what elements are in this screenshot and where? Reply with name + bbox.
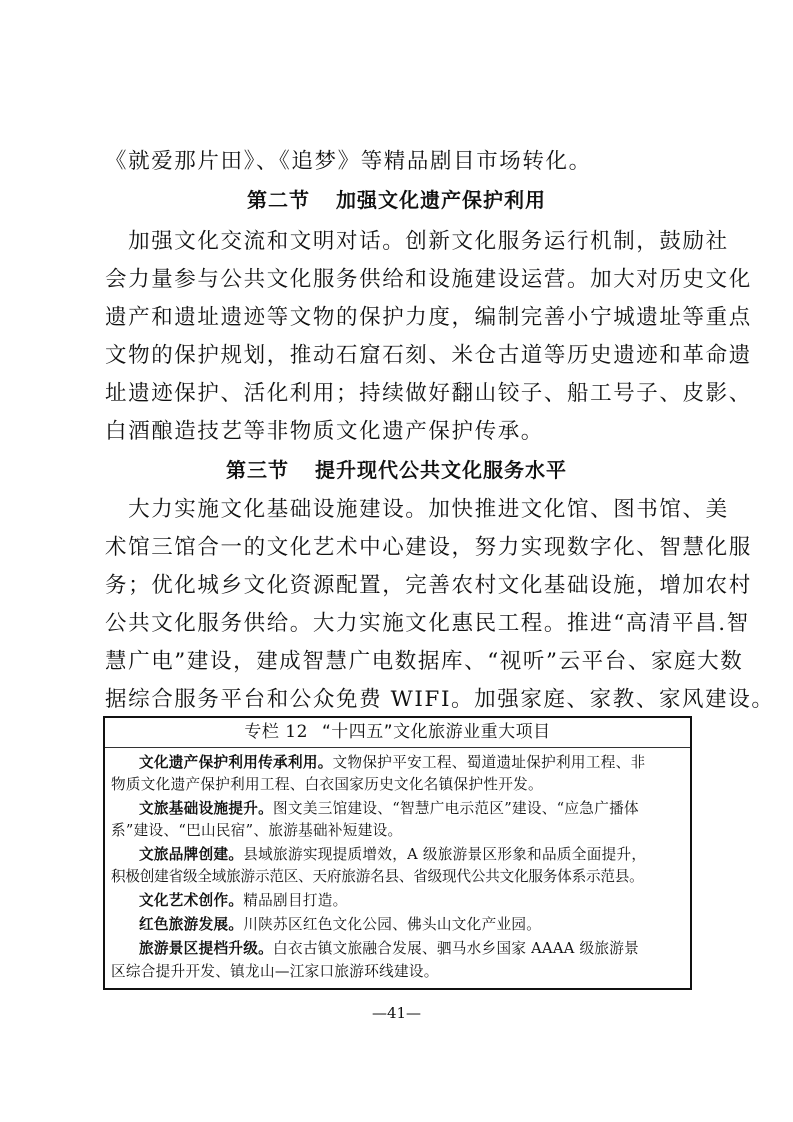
box-item-line: 物质文化遗产保护利用工程、白衣国家历史文化名镇保护性开发。 xyxy=(111,776,686,794)
section-2-line: 址遗迹保护、活化利用；持续做好翻山铰子、船工号子、皮影、 xyxy=(105,382,689,406)
section-3-line: 术馆三馆合一的文化艺术中心建设，努力实现数字化、智慧化服 xyxy=(105,536,689,560)
box-item-line: 积极创建省级全域旅游示范区、天府旅游名县、省级现代公共文化服务体系示范县。 xyxy=(111,868,686,886)
section-3-line: 公共文化服务供给。大力实施文化惠民工程。推进“高清平昌.智 xyxy=(105,612,689,636)
project-column-box: 专栏 12“十四五”文化旅游业重大项目 文化遗产保护利用传承利用。文物保护平安工… xyxy=(103,716,692,990)
box-title-text: “十四五”文化旅游业重大项目 xyxy=(322,722,551,742)
document-page: 《就爱那片田》、《追梦》等精品剧目市场转化。 第二节加强文化遗产保护利用 加强文… xyxy=(0,0,793,1122)
box-item-line: 文化遗产保护利用传承利用。文物保护平安工程、蜀道遗址保护利用工程、非 xyxy=(139,754,686,772)
section-3-line: 据综合服务平台和公众免费 WIFI。加强家庭、家教、家风建设。 xyxy=(105,688,689,712)
box-item-heading: 文旅基础设施提升。 xyxy=(139,800,273,817)
box-item-text: 图文美三馆建设、“智慧广电示范区”建设、“应急广播体 xyxy=(273,800,639,817)
box-item-text: 文物保护平安工程、蜀道遗址保护利用工程、非 xyxy=(333,754,646,771)
box-item-heading: 旅游景区提档升级。 xyxy=(139,940,273,957)
box-item-heading: 红色旅游发展。 xyxy=(139,916,243,933)
section-2-line: 加强文化交流和文明对话。创新文化服务运行机制，鼓励社 xyxy=(105,230,689,254)
box-item-text: 川陕苏区红色文化公园、佛头山文化产业园。 xyxy=(243,916,541,933)
section-2-line: 遗产和遗址遗迹等文物的保护力度，编制完善小宁城遗址等重点 xyxy=(105,306,689,330)
section-2-line: 会力量参与公共文化服务供给和设施建设运营。加大对历史文化 xyxy=(105,268,689,292)
box-item-line: 文旅基础设施提升。图文美三馆建设、“智慧广电示范区”建设、“应急广播体 xyxy=(139,800,686,818)
box-label: 专栏 12 xyxy=(244,722,308,742)
section-2-line: 文物的保护规划，推动石窟石刻、米仓古道等历史遗迹和革命遗 xyxy=(105,344,689,368)
box-item-text: 精品剧目打造。 xyxy=(243,892,347,909)
section-3-line: 务；优化城乡文化资源配置，完善农村文化基础设施，增加农村 xyxy=(105,574,689,598)
box-item-heading: 文化遗产保护利用传承利用。 xyxy=(139,754,333,771)
box-item-heading: 文旅品牌创建。 xyxy=(139,846,243,863)
section-2-line: 白酒酿造技艺等非物质文化遗产保护传承。 xyxy=(105,420,689,444)
box-item-line: 文旅品牌创建。县域旅游实现提质增效，A 级旅游景区形象和品质全面提升， xyxy=(139,846,686,864)
box-item-line: 系”建设、“巴山民宿”、旅游基础补短建设。 xyxy=(111,822,686,840)
box-title: 专栏 12“十四五”文化旅游业重大项目 xyxy=(105,718,690,748)
section-3-line: 慧广电”建设，建成智慧广电数据库、“视听”云平台、家庭大数 xyxy=(105,650,689,674)
box-item-text: 白衣古镇文旅融合发展、驷马水乡国家 AAAA 级旅游景 xyxy=(273,940,639,957)
section-2-title: 加强文化遗产保护利用 xyxy=(336,188,546,212)
page-number: —41— xyxy=(0,1004,793,1022)
section-3-heading: 第三节提升现代公共文化服务水平 xyxy=(0,458,793,482)
box-item-line: 红色旅游发展。川陕苏区红色文化公园、佛头山文化产业园。 xyxy=(139,916,686,934)
box-item-line: 区综合提升开发、镇龙山—江家口旅游环线建设。 xyxy=(111,963,686,981)
box-item-heading: 文化艺术创作。 xyxy=(139,892,243,909)
box-item-line: 文化艺术创作。精品剧目打造。 xyxy=(139,892,686,910)
box-item-text: 县域旅游实现提质增效，A 级旅游景区形象和品质全面提升， xyxy=(243,846,646,863)
section-3-title: 提升现代公共文化服务水平 xyxy=(315,458,567,482)
section-2-number: 第二节 xyxy=(247,188,310,212)
section-3-line: 大力实施文化基础设施建设。加快推进文化馆、图书馆、美 xyxy=(105,498,689,522)
intro-paragraph-line: 《就爱那片田》、《追梦》等精品剧目市场转化。 xyxy=(105,150,689,174)
section-3-number: 第三节 xyxy=(226,458,289,482)
box-item-line: 旅游景区提档升级。白衣古镇文旅融合发展、驷马水乡国家 AAAA 级旅游景 xyxy=(139,940,686,958)
section-2-heading: 第二节加强文化遗产保护利用 xyxy=(0,188,793,212)
